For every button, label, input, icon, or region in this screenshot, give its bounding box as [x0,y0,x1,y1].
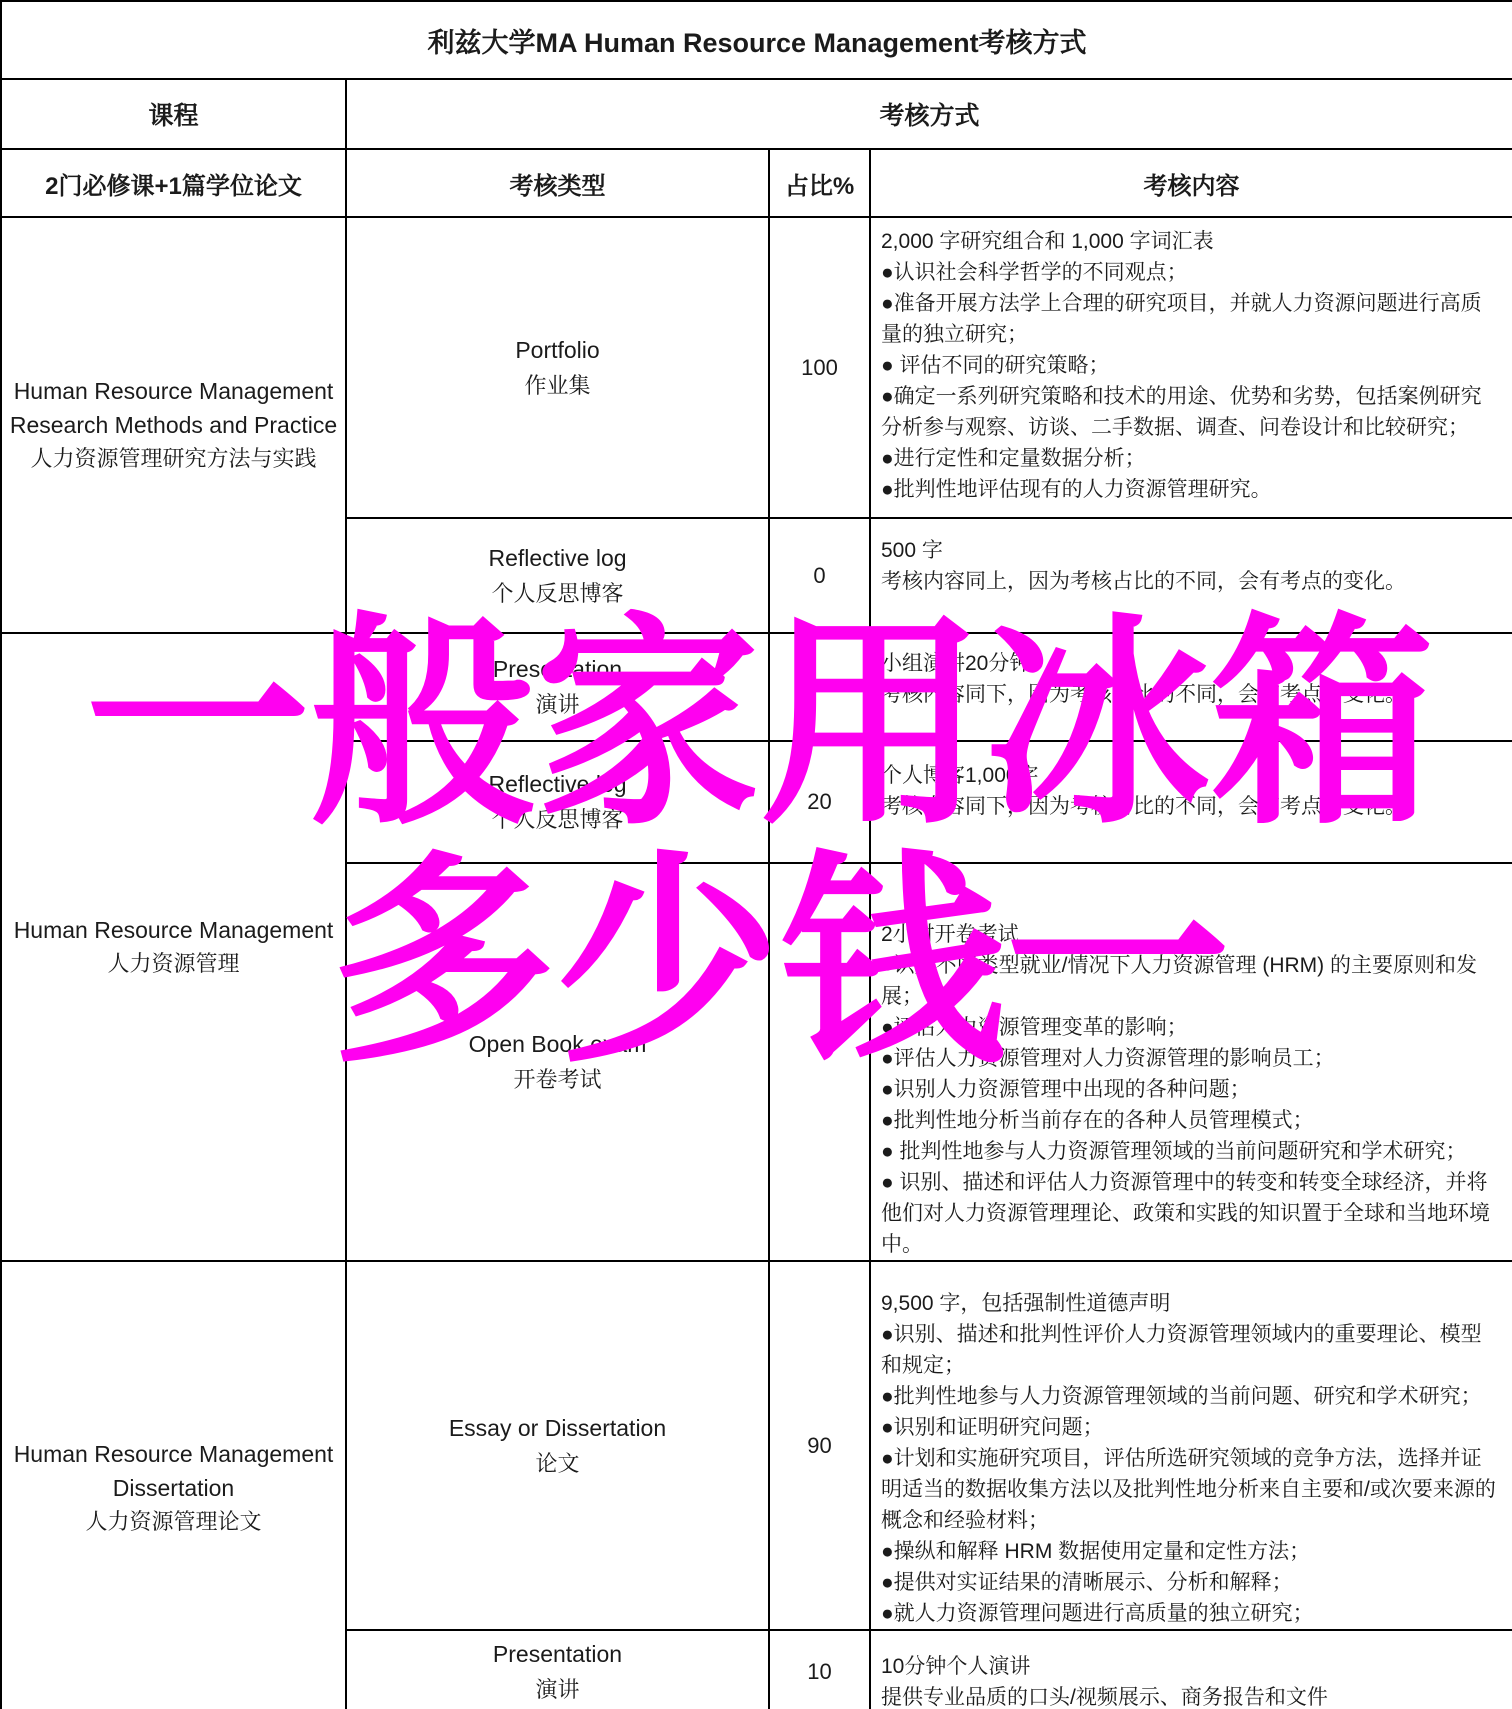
header-percent: 占比% [769,149,870,217]
percent-presentation-1 [769,633,870,741]
type-zh: 开卷考试 [347,1062,768,1097]
type-zh: 作业集 [347,368,768,403]
course-name-en: Human Resource Management [2,913,345,947]
type-zh: 演讲 [347,1672,768,1707]
type-en: Presentation [347,652,768,687]
type-zh: 个人反思博客 [347,802,768,837]
content-reflective-log-2: 个人博客1,000字 考核内容同下，因为考核占比的不同，会有考点的变化。 [870,741,1512,863]
content-reflective-log-1: 500 字 考核内容同上，因为考核占比的不同，会有考点的变化。 [870,518,1512,633]
content-presentation-1: 小组演讲20分钟 考核内容同下，因为考核占比的不同，会有考点的变化。 [870,633,1512,741]
percent-open-book-exam [769,863,870,1261]
course-name-zh: 人力资源管理研究方法与实践 [2,442,345,476]
content-presentation-2: 10分钟个人演讲 提供专业品质的口头/视频展示、商务报告和文件 [870,1630,1512,1709]
type-cell-reflective-log-1: Reflective log 个人反思博客 [346,518,769,633]
content-essay-or-dissertation: 9,500 字，包括强制性道德声明 ●识别、描述和批判性评价人力资源管理领域内的… [870,1261,1512,1630]
header-method: 考核方式 [346,79,1512,149]
type-en: Open Book exam [347,1027,768,1062]
percent-portfolio: 100 [769,217,870,518]
course-name-en: Human Resource Management Dissertation [2,1437,345,1505]
header-course: 课程 [1,79,346,149]
course-name-en: Human Resource Management Research Metho… [2,374,345,442]
type-en: Reflective log [347,767,768,802]
type-zh: 论文 [347,1446,768,1481]
type-zh: 个人反思博客 [347,576,768,611]
course-cell-hrm: Human Resource Management 人力资源管理 [1,633,346,1261]
type-cell-reflective-log-2: Reflective log 个人反思博客 [346,741,769,863]
type-cell-portfolio: Portfolio 作业集 [346,217,769,518]
course-cell-dissertation: Human Resource Management Dissertation 人… [1,1261,346,1709]
course-cell-research-methods: Human Resource Management Research Metho… [1,217,346,633]
type-en: Essay or Dissertation [347,1411,768,1446]
header-course-sub: 2门必修课+1篇学位论文 [1,149,346,217]
type-cell-presentation-1: Presentation 演讲 [346,633,769,741]
course-name-zh: 人力资源管理 [2,947,345,981]
type-cell-open-book-exam: Open Book exam 开卷考试 [346,863,769,1261]
type-zh: 演讲 [347,687,768,722]
header-content: 考核内容 [870,149,1512,217]
page-title: 利兹大学MA Human Resource Management考核方式 [1,1,1512,79]
header-type: 考核类型 [346,149,769,217]
percent-reflective-log-2: 20 [769,741,870,863]
percent-presentation-2: 10 [769,1630,870,1709]
assessment-table: 利兹大学MA Human Resource Management考核方式 课程 … [0,0,1512,1709]
percent-essay-or-dissertation: 90 [769,1261,870,1630]
course-name-zh: 人力资源管理论文 [2,1505,345,1539]
type-en: Reflective log [347,541,768,576]
content-portfolio: 2,000 字研究组合和 1,000 字词汇表 ●认识社会科学哲学的不同观点； … [870,217,1512,518]
type-cell-presentation-2: Presentation 演讲 [346,1630,769,1709]
content-open-book-exam: 2小时开卷考试 ●识别不同类型就业/情况下人力资源管理 (HRM) 的主要原则和… [870,863,1512,1261]
type-en: Presentation [347,1637,768,1672]
percent-reflective-log-1: 0 [769,518,870,633]
type-en: Portfolio [347,333,768,368]
type-cell-essay-or-dissertation: Essay or Dissertation 论文 [346,1261,769,1630]
